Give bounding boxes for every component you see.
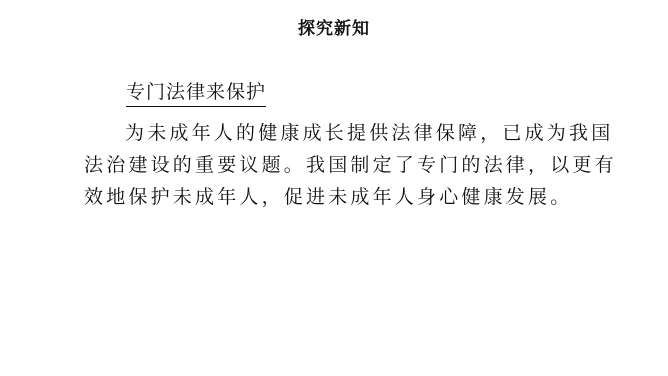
paragraph-line: 法治建设的重要议题。我国制定了专门的法律，以更有 bbox=[84, 149, 604, 181]
body-paragraph: 为未成年人的健康成长提供法律保障，已成为我国 法治建设的重要议题。我国制定了专门… bbox=[84, 117, 604, 213]
paragraph-line: 为未成年人的健康成长提供法律保障，已成为我国 bbox=[84, 117, 604, 149]
paragraph-line: 效地保护未成年人，促进未成年人身心健康发展。 bbox=[84, 181, 604, 213]
page-title: 探究新知 bbox=[0, 14, 668, 39]
section-heading: 专门法律来保护 bbox=[126, 80, 266, 107]
